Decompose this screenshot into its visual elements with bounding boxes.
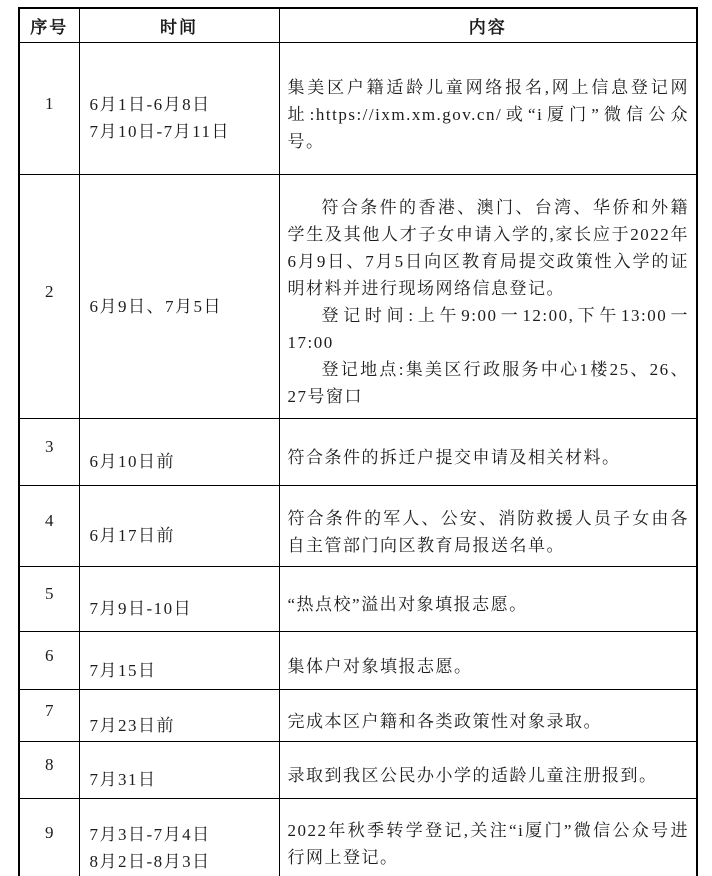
row-index-cell: 2 bbox=[19, 174, 79, 418]
content-paragraph: 符合条件的香港、澳门、台湾、华侨和外籍学生及其他人才子女申请入学的,家长应于20… bbox=[288, 194, 690, 302]
row-index-cell: 9 bbox=[19, 798, 79, 876]
schedule-table-container: 序号 时间 内容 1 6月1日-6月8日 7月10日-7月11日 集美区户籍适龄… bbox=[18, 7, 698, 876]
content-paragraph: 符合条件的拆迁户提交申请及相关材料。 bbox=[288, 444, 690, 471]
table-row: 1 6月1日-6月8日 7月10日-7月11日 集美区户籍适龄儿童网络报名,网上… bbox=[19, 42, 697, 174]
row-index-cell: 1 bbox=[19, 42, 79, 174]
content-paragraph: 登记时间:上午9:00一12:00,下午13:00一17:00 bbox=[288, 302, 690, 356]
row-index-cell: 6 bbox=[19, 631, 79, 689]
content-cell: 2022年秋季转学登记,关注“i厦门”微信公众号进行网上登记。 bbox=[279, 798, 697, 876]
content-cell: 录取到我区公民办小学的适龄儿童注册报到。 bbox=[279, 741, 697, 798]
row-index-cell: 4 bbox=[19, 485, 79, 566]
content-cell: 符合条件的香港、澳门、台湾、华侨和外籍学生及其他人才子女申请入学的,家长应于20… bbox=[279, 174, 697, 418]
content-cell: 符合条件的拆迁户提交申请及相关材料。 bbox=[279, 418, 697, 485]
time-cell: 7月9日-10日 bbox=[79, 566, 279, 631]
content-cell: “热点校”溢出对象填报志愿。 bbox=[279, 566, 697, 631]
header-row: 序号 时间 内容 bbox=[19, 8, 697, 42]
time-cell: 7月3日-7月4日 8月2日-8月3日 bbox=[79, 798, 279, 876]
table-row: 5 7月9日-10日 “热点校”溢出对象填报志愿。 bbox=[19, 566, 697, 631]
row-index-cell: 5 bbox=[19, 566, 79, 631]
content-cell: 集体户对象填报志愿。 bbox=[279, 631, 697, 689]
content-cell: 完成本区户籍和各类政策性对象录取。 bbox=[279, 689, 697, 741]
table-row: 9 7月3日-7月4日 8月2日-8月3日 2022年秋季转学登记,关注“i厦门… bbox=[19, 798, 697, 876]
time-cell: 7月23日前 bbox=[79, 689, 279, 741]
row-index-cell: 7 bbox=[19, 689, 79, 741]
header-cell-content: 内容 bbox=[279, 8, 697, 42]
row-index-cell: 3 bbox=[19, 418, 79, 485]
content-paragraph: 登记地点:集美区行政服务中心1楼25、26、27号窗口 bbox=[288, 356, 690, 410]
content-paragraph: 符合条件的军人、公安、消防救援人员子女由各自主管部门向区教育局报送名单。 bbox=[288, 505, 690, 559]
time-cell: 7月31日 bbox=[79, 741, 279, 798]
content-paragraph: 集美区户籍适龄儿童网络报名,网上信息登记网址:https://ixm.xm.go… bbox=[288, 74, 690, 155]
time-cell: 6月9日、7月5日 bbox=[79, 174, 279, 418]
table-row: 4 6月17日前 符合条件的军人、公安、消防救援人员子女由各自主管部门向区教育局… bbox=[19, 485, 697, 566]
schedule-table: 序号 时间 内容 1 6月1日-6月8日 7月10日-7月11日 集美区户籍适龄… bbox=[18, 7, 698, 876]
header-cell-index: 序号 bbox=[19, 8, 79, 42]
table-row: 3 6月10日前 符合条件的拆迁户提交申请及相关材料。 bbox=[19, 418, 697, 485]
time-cell: 6月17日前 bbox=[79, 485, 279, 566]
document-page: 序号 时间 内容 1 6月1日-6月8日 7月10日-7月11日 集美区户籍适龄… bbox=[0, 0, 712, 876]
content-paragraph: 完成本区户籍和各类政策性对象录取。 bbox=[288, 708, 690, 735]
content-cell: 符合条件的军人、公安、消防救援人员子女由各自主管部门向区教育局报送名单。 bbox=[279, 485, 697, 566]
table-row: 6 7月15日 集体户对象填报志愿。 bbox=[19, 631, 697, 689]
time-cell: 7月15日 bbox=[79, 631, 279, 689]
table-row: 2 6月9日、7月5日 符合条件的香港、澳门、台湾、华侨和外籍学生及其他人才子女… bbox=[19, 174, 697, 418]
content-cell: 集美区户籍适龄儿童网络报名,网上信息登记网址:https://ixm.xm.go… bbox=[279, 42, 697, 174]
time-cell: 6月10日前 bbox=[79, 418, 279, 485]
content-paragraph: 2022年秋季转学登记,关注“i厦门”微信公众号进行网上登记。 bbox=[288, 817, 690, 871]
table-row: 7 7月23日前 完成本区户籍和各类政策性对象录取。 bbox=[19, 689, 697, 741]
row-index-cell: 8 bbox=[19, 741, 79, 798]
content-paragraph: “热点校”溢出对象填报志愿。 bbox=[288, 591, 690, 618]
content-paragraph: 集体户对象填报志愿。 bbox=[288, 653, 690, 680]
time-cell: 6月1日-6月8日 7月10日-7月11日 bbox=[79, 42, 279, 174]
table-row: 8 7月31日 录取到我区公民办小学的适龄儿童注册报到。 bbox=[19, 741, 697, 798]
header-cell-time: 时间 bbox=[79, 8, 279, 42]
content-paragraph: 录取到我区公民办小学的适龄儿童注册报到。 bbox=[288, 762, 690, 789]
